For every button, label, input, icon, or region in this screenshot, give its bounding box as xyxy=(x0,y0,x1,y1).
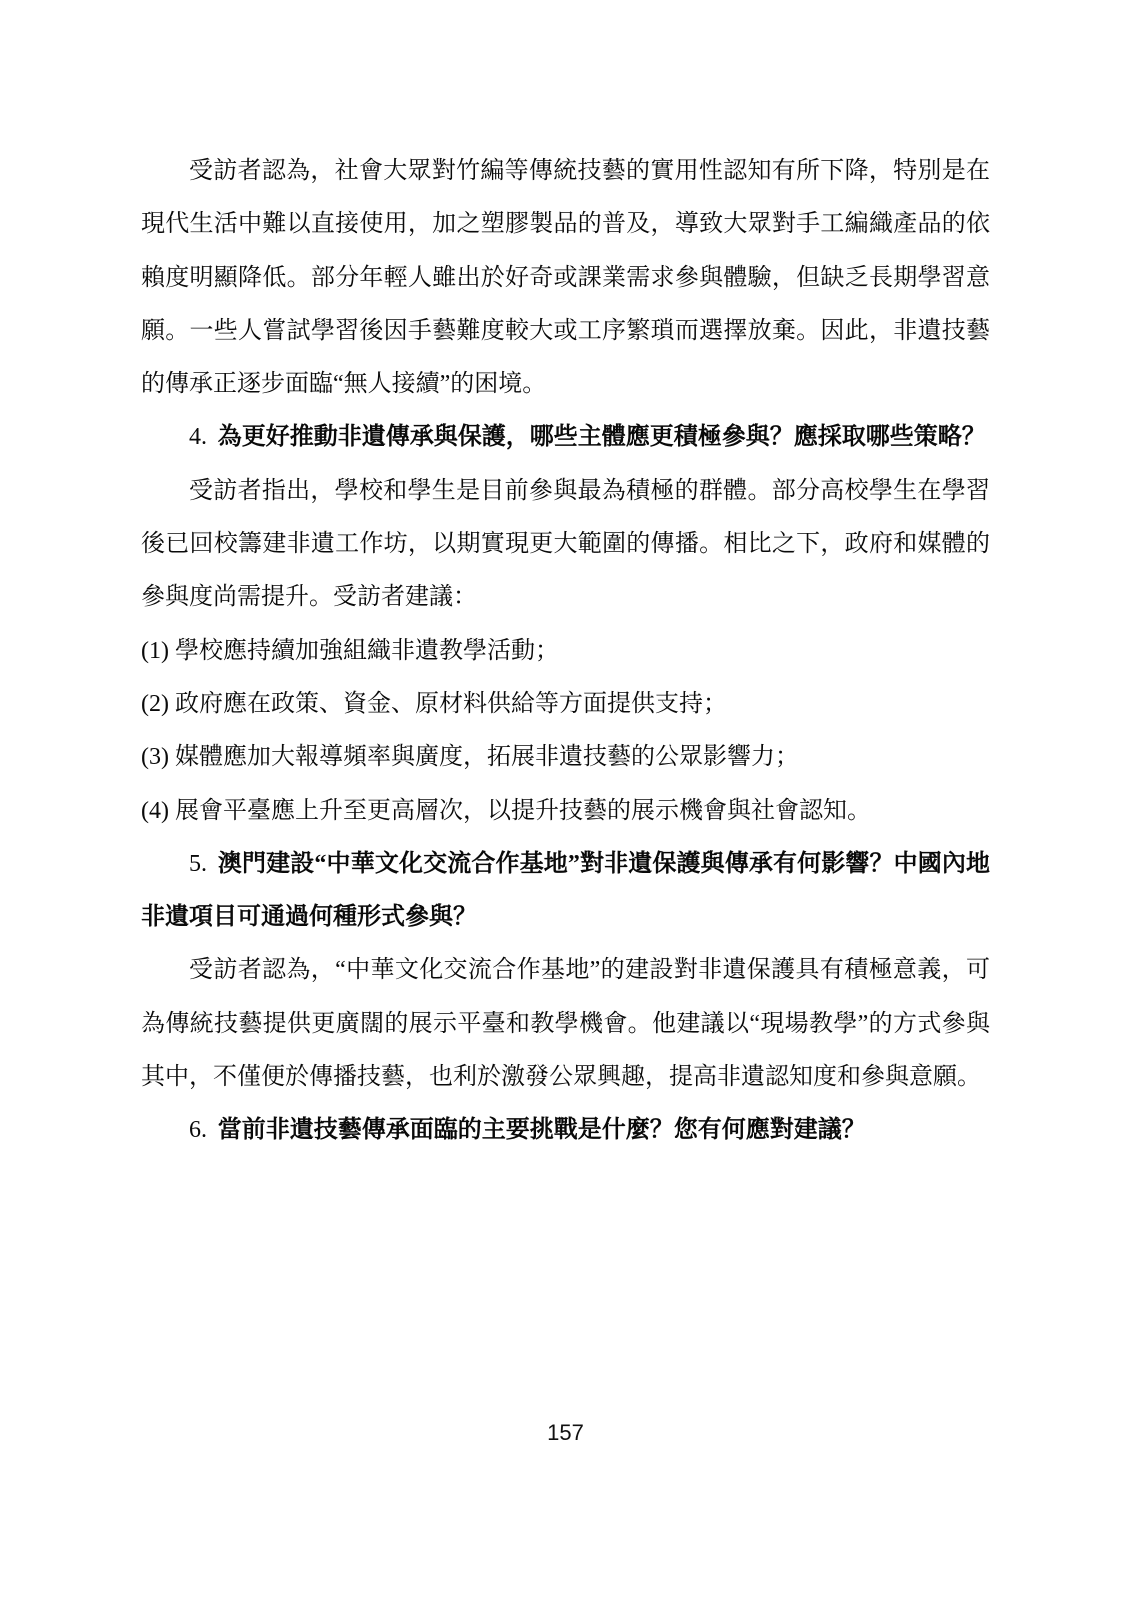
question-5-number: 5. xyxy=(189,851,207,877)
recommendation-item-3: (3) 媒體應加大報導頻率與廣度，拓展非遺技藝的公眾影響力； xyxy=(141,731,990,784)
question-5-heading: 5.澳門建設“中華文化交流合作基地”對非遺保護與傳承有何影響？中國內地非遺項目可… xyxy=(141,838,990,945)
question-6-text: 當前非遺技藝傳承面臨的主要挑戰是什麼？您有何應對建議？ xyxy=(218,1117,866,1143)
question-4-number: 4. xyxy=(189,424,207,450)
page-content: 受訪者認為，社會大眾對竹編等傳統技藝的實用性認知有所下降，特別是在現代生活中難以… xyxy=(0,0,1131,1158)
question-6-number: 6. xyxy=(189,1117,207,1143)
question-4-text: 為更好推動非遺傳承與保護，哪些主體應更積極參與？應採取哪些策略？ xyxy=(218,424,986,450)
recommendation-item-2: (2) 政府應在政策、資金、原材料供給等方面提供支持； xyxy=(141,678,990,731)
paragraph-q5-answer: 受訪者認為，“中華文化交流合作基地”的建設對非遺保護具有積極意義，可為傳統技藝提… xyxy=(141,944,990,1104)
paragraph-q3-answer: 受訪者認為，社會大眾對竹編等傳統技藝的實用性認知有所下降，特別是在現代生活中難以… xyxy=(141,145,990,411)
paragraph-q4-answer: 受訪者指出，學校和學生是目前參與最為積極的群體。部分高校學生在學習後已回校籌建非… xyxy=(141,465,990,625)
recommendation-item-1: (1) 學校應持續加強組織非遺教學活動； xyxy=(141,625,990,678)
document-page: 受訪者認為，社會大眾對竹編等傳統技藝的實用性認知有所下降，特別是在現代生活中難以… xyxy=(0,0,1131,1600)
question-6-heading: 6.當前非遺技藝傳承面臨的主要挑戰是什麼？您有何應對建議？ xyxy=(141,1104,990,1157)
question-4-heading: 4.為更好推動非遺傳承與保護，哪些主體應更積極參與？應採取哪些策略？ xyxy=(141,411,990,464)
recommendation-item-4: (4) 展會平臺應上升至更高層次，以提升技藝的展示機會與社會認知。 xyxy=(141,785,990,838)
question-5-text: 澳門建設“中華文化交流合作基地”對非遺保護與傳承有何影響？中國內地非遺項目可通過… xyxy=(141,851,990,930)
page-number: 157 xyxy=(0,1420,1131,1446)
